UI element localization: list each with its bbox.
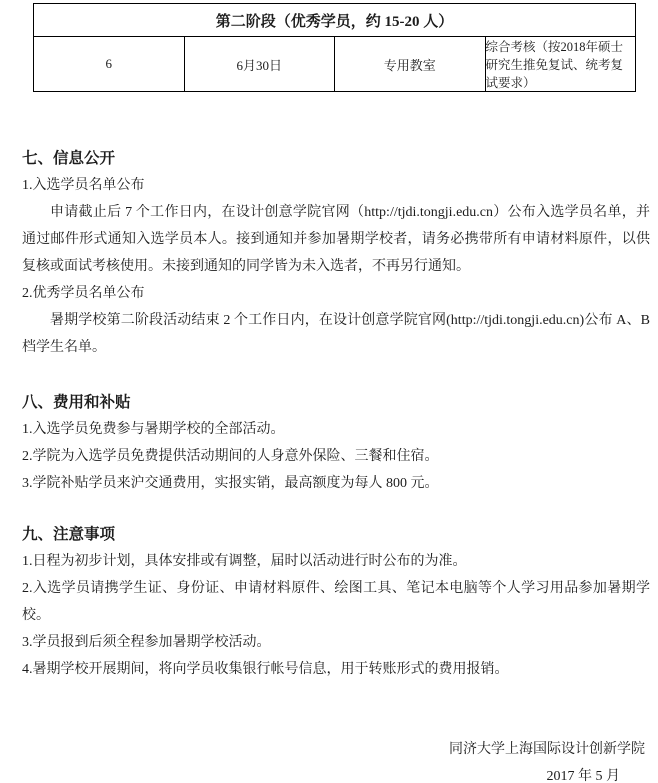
section-9-item-2: 2.入选学员请携学生证、身份证、申请材料原件、绘图工具、笔记本电脑等个人学习用品…: [22, 575, 650, 629]
section-7-item-1-title: 1.入选学员名单公布: [22, 172, 650, 199]
table-phase-header: 第二阶段（优秀学员，约 15-20 人）: [34, 4, 636, 37]
section-8-item-2: 2.学院为入选学员免费提供活动期间的人身意外保险、三餐和住宿。: [22, 443, 650, 470]
footer-organization: 同济大学上海国际设计创新学院: [22, 736, 650, 763]
document-page: 第二阶段（优秀学员，约 15-20 人） 6 6月30日 专用教室 综合考核（按…: [0, 0, 658, 783]
footer-signature: 同济大学上海国际设计创新学院 2017 年 5 月: [22, 736, 650, 783]
document-body: 七、信息公开 1.入选学员名单公布 申请截止后 7 个工作日内，在设计创意学院官…: [0, 145, 658, 783]
cell-row-number: 6: [34, 37, 185, 92]
footer-date: 2017 年 5 月: [22, 763, 650, 783]
cell-room: 专用教室: [335, 37, 486, 92]
section-7-item-2-paragraph: 暑期学校第二阶段活动结束 2 个工作日内，在设计创意学院官网(http://tj…: [22, 307, 650, 361]
table-row: 6 6月30日 专用教室 综合考核（按2018年硕士研究生推免复试、统考复试要求…: [34, 37, 636, 92]
section-9-heading: 九、注意事项: [22, 521, 650, 548]
section-7-item-1-paragraph: 申请截止后 7 个工作日内，在设计创意学院官网（http://tjdi.tong…: [22, 199, 650, 280]
section-9-item-3: 3.学员报到后须全程参加暑期学校活动。: [22, 629, 650, 656]
cell-date: 6月30日: [184, 37, 335, 92]
section-8-heading: 八、费用和补贴: [22, 389, 650, 416]
section-8-item-1: 1.入选学员免费参与暑期学校的全部活动。: [22, 416, 650, 443]
cell-activity: 综合考核（按2018年硕士研究生推免复试、统考复试要求）: [485, 37, 636, 92]
section-9-item-1: 1.日程为初步计划，具体安排或有调整，届时以活动进行时公布的为准。: [22, 548, 650, 575]
table-phase-header-row: 第二阶段（优秀学员，约 15-20 人）: [34, 4, 636, 37]
schedule-table: 第二阶段（优秀学员，约 15-20 人） 6 6月30日 专用教室 综合考核（按…: [33, 3, 636, 92]
section-9-item-4: 4.暑期学校开展期间，将向学员收集银行帐号信息，用于转账形式的费用报销。: [22, 656, 650, 683]
section-8-item-3: 3.学院补贴学员来沪交通费用，实报实销，最高额度为每人 800 元。: [22, 470, 650, 497]
section-7-item-2-title: 2.优秀学员名单公布: [22, 280, 650, 307]
section-7-heading: 七、信息公开: [22, 145, 650, 172]
